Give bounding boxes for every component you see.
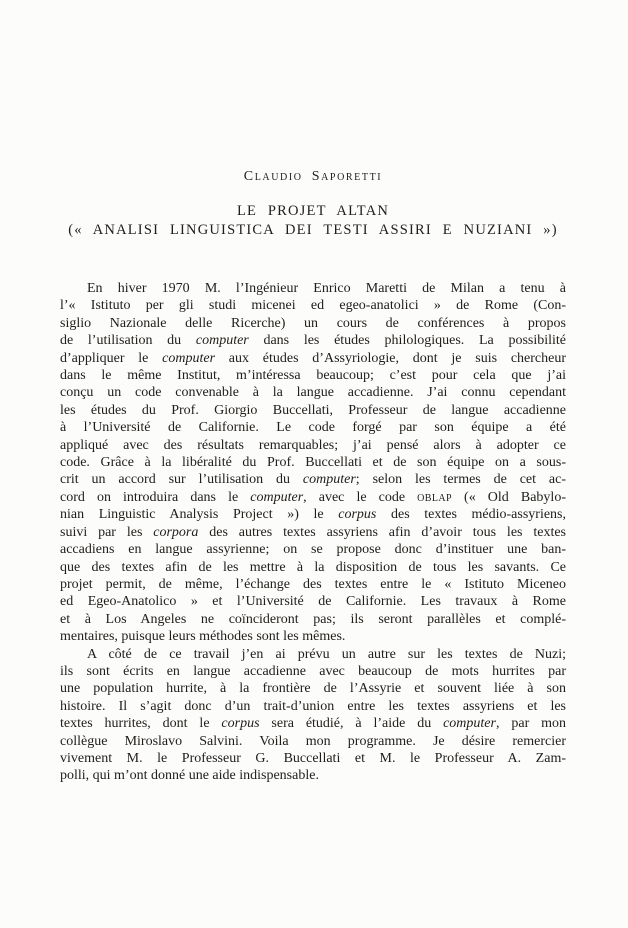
text-line: histoire. Il s’agit donc d’un trait-d’un…: [60, 698, 566, 715]
text-run: sera étudié, à l’aide du: [260, 716, 444, 731]
text-run: collègue Miroslavo Salvini. Voila mon pr…: [60, 734, 566, 749]
text-line: et à Los Angeles ne coïncideront pas; il…: [60, 611, 566, 628]
text-run: (« Old Babylo-: [452, 490, 566, 505]
text-run: conçu un code convenable à la langue acc…: [60, 385, 566, 400]
text-line: cord on introduira dans le computer, ave…: [60, 489, 566, 506]
text-line: A côté de ce travail j’en ai prévu un au…: [60, 646, 566, 663]
text-run: les études du Prof. Giorgio Buccellati, …: [60, 403, 566, 418]
text-run: A côté de ce travail j’en ai prévu un au…: [87, 647, 566, 662]
text-run: crit un accord sur l’utilisation du: [60, 472, 303, 487]
text-line: code. Grâce à la libéralité du Prof. Buc…: [60, 454, 566, 471]
text-run: , par mon: [496, 716, 566, 731]
text-run: ed Egeo-Anatolico » et l’Université de C…: [60, 594, 566, 609]
text-run: polli, qui m’ont donné une aide indispen…: [60, 768, 319, 783]
text-line: accadiens en langue assyrienne; on se pr…: [60, 541, 566, 558]
text-run: code. Grâce à la libéralité du Prof. Buc…: [60, 455, 566, 470]
text-run: accadiens en langue assyrienne; on se pr…: [60, 542, 566, 557]
text-line: polli, qui m’ont donné une aide indispen…: [60, 767, 566, 784]
text-line: que des textes afin de les mettre à la d…: [60, 559, 566, 576]
italic-text-run: computer: [196, 333, 249, 348]
page-content: Claudio Saporetti LE PROJET ALTAN (« ANA…: [0, 0, 628, 785]
text-run: que des textes afin de les mettre à la d…: [60, 560, 566, 575]
italic-text-run: computer: [162, 351, 215, 366]
text-line: crit un accord sur l’utilisation du comp…: [60, 471, 566, 488]
article-title-line2: (« ANALISI LINGUISTICA DEI TESTI ASSIRI …: [60, 221, 566, 240]
text-line: dans le même Institut, m’intéressa beauc…: [60, 367, 566, 384]
text-run: En hiver 1970 M. l’Ingénieur Enrico Mare…: [87, 281, 566, 296]
article-title: LE PROJET ALTAN (« ANALISI LINGUISTICA D…: [60, 202, 566, 240]
document-page: Claudio Saporetti LE PROJET ALTAN (« ANA…: [0, 0, 628, 928]
paragraph: En hiver 1970 M. l’Ingénieur Enrico Mare…: [60, 280, 566, 646]
text-line: siglio Nazionale delle Ricerche) un cour…: [60, 315, 566, 332]
text-line: textes hurrites, dont le corpus sera étu…: [60, 715, 566, 732]
text-line: une population hurrite, à la frontière d…: [60, 680, 566, 697]
article-title-line1: LE PROJET ALTAN: [60, 202, 566, 221]
text-line: appliqué avec des résultats remarquables…: [60, 437, 566, 454]
smallcaps-text-run: oblap: [417, 490, 452, 505]
text-run: appliqué avec des résultats remarquables…: [60, 438, 566, 453]
text-line: de l’utilisation du computer dans les ét…: [60, 332, 566, 349]
text-line: ils sont écrits en langue accadienne ave…: [60, 663, 566, 680]
text-run: et à Los Angeles ne coïncideront pas; il…: [60, 612, 566, 627]
text-line: à l’Université de Californie. Le code fo…: [60, 419, 566, 436]
text-line: ed Egeo-Anatolico » et l’Université de C…: [60, 593, 566, 610]
paragraph: A côté de ce travail j’en ai prévu un au…: [60, 646, 566, 785]
italic-text-run: corpus: [221, 716, 259, 731]
text-run: aux études d’Assyriologie, dont je suis …: [215, 351, 566, 366]
text-line: nian Linguistic Analysis Project ») le c…: [60, 506, 566, 523]
text-line: En hiver 1970 M. l’Ingénieur Enrico Mare…: [60, 280, 566, 297]
text-run: , avec le code: [303, 490, 417, 505]
text-line: projet permit, de même, l’échange des te…: [60, 576, 566, 593]
document-body: En hiver 1970 M. l’Ingénieur Enrico Mare…: [60, 280, 566, 785]
text-run: ; selon les termes de cet ac-: [356, 472, 566, 487]
text-line: suivi par les corpora des autres textes …: [60, 524, 566, 541]
italic-text-run: corpus: [338, 507, 376, 522]
text-run: dans les études philologiques. La possib…: [249, 333, 566, 348]
text-run: nian Linguistic Analysis Project ») le: [60, 507, 338, 522]
text-line: l’« Istituto per gli studi micenei ed eg…: [60, 297, 566, 314]
text-run: une population hurrite, à la frontière d…: [60, 681, 566, 696]
text-run: des textes médio-assyriens,: [376, 507, 566, 522]
text-run: l’« Istituto per gli studi micenei ed eg…: [60, 298, 566, 313]
text-run: suivi par les: [60, 525, 153, 540]
text-line: mentaires, puisque leurs méthodes sont l…: [60, 628, 566, 645]
text-run: d’appliquer le: [60, 351, 162, 366]
italic-text-run: corpora: [153, 525, 198, 540]
text-run: à l’Université de Californie. Le code fo…: [60, 420, 566, 435]
text-run: ils sont écrits en langue accadienne ave…: [60, 664, 566, 679]
author-name: Claudio Saporetti: [60, 170, 566, 184]
text-line: les études du Prof. Giorgio Buccellati, …: [60, 402, 566, 419]
text-line: conçu un code convenable à la langue acc…: [60, 384, 566, 401]
text-line: d’appliquer le computer aux études d’Ass…: [60, 350, 566, 367]
italic-text-run: computer: [250, 490, 303, 505]
text-run: histoire. Il s’agit donc d’un trait-d’un…: [60, 699, 566, 714]
text-run: de l’utilisation du: [60, 333, 196, 348]
italic-text-run: computer: [443, 716, 496, 731]
text-line: vivement M. le Professeur G. Buccellati …: [60, 750, 566, 767]
text-run: cord on introduira dans le: [60, 490, 250, 505]
text-run: projet permit, de même, l’échange des te…: [60, 577, 566, 592]
text-run: siglio Nazionale delle Ricerche) un cour…: [60, 316, 566, 331]
text-run: textes hurrites, dont le: [60, 716, 221, 731]
text-run: dans le même Institut, m’intéressa beauc…: [60, 368, 566, 383]
italic-text-run: computer: [303, 472, 356, 487]
text-run: mentaires, puisque leurs méthodes sont l…: [60, 629, 345, 644]
text-run: des autres textes assyriens afin d’avoir…: [198, 525, 566, 540]
text-line: collègue Miroslavo Salvini. Voila mon pr…: [60, 733, 566, 750]
text-run: vivement M. le Professeur G. Buccellati …: [60, 751, 566, 766]
